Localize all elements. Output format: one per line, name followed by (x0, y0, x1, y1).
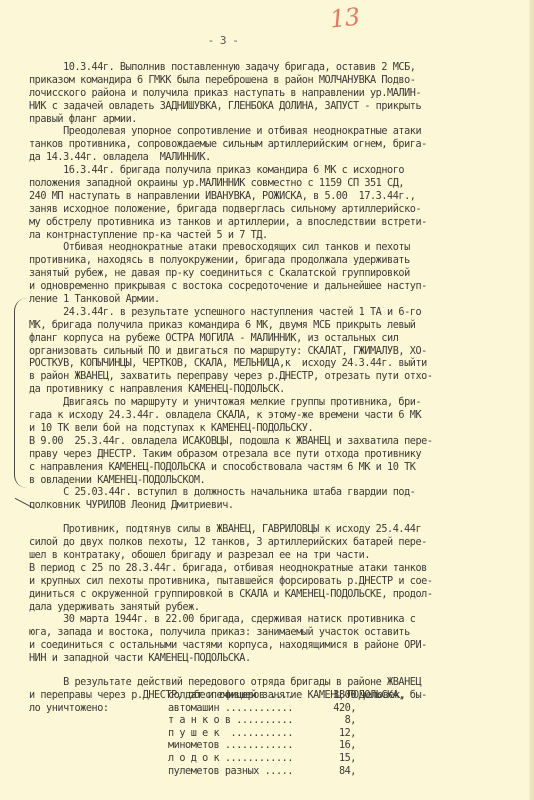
text-line: РОСТКУВ, КОПЫЧИНЦЫ, ЧЕРТКОВ, СКАЛА, МЕЛЬ… (29, 358, 519, 371)
text-line: заняв исходное положение, бригада подвер… (29, 204, 519, 217)
text-line: ла контрнаступление пр-ка частей 5 и 7 Т… (29, 230, 519, 243)
loss-unit (356, 766, 360, 779)
text-line: 16.3.44г. бригада получила приказ команд… (29, 165, 519, 178)
text-line: силой до двух полков пехоты, 12 танков, … (29, 537, 519, 550)
loss-value: 420, (318, 703, 356, 716)
text-line: В период с 25 по 28.3.44г. бригада, отби… (29, 563, 519, 576)
text-line: С 25.03.44г. вступил в должность начальн… (29, 487, 519, 500)
text-line: и крупных сил пехоты противника, пытавше… (29, 576, 519, 589)
text-line: положения западной окраины ур.МАЛИННИК с… (29, 178, 519, 191)
loss-item: автомашин ............ (168, 703, 318, 716)
loss-unit: человек, (356, 690, 405, 703)
text-line: организовать сильный ПО и двигаться по м… (29, 346, 519, 359)
text-line: лочисского района и получила приказ наст… (29, 88, 519, 101)
loss-row: п у ш е к ...........12, (168, 728, 468, 741)
text-line: диниться с окруженной группировкой в СКА… (29, 589, 519, 602)
document-page: 13 - 3 - 10.3.44г. Выполнив поставленную… (0, 0, 534, 800)
text-line: в район ЖВАНЕЦ, захватить переправу чере… (29, 371, 519, 384)
text-line: 240 МП наступать в направлении ИВАНУВКА,… (29, 191, 519, 204)
text-line: 24.3.44г. в результате успешного наступл… (29, 307, 519, 320)
loss-item: п у ш е к ........... (168, 728, 318, 741)
text-line: В 9.00 25.3.44г. овладела ИСАКОВЦЫ, подо… (29, 436, 519, 449)
loss-item: т а н к о в .......... (168, 715, 318, 728)
text-line: 10.3.44г. Выполнив поставленную задачу б… (29, 62, 519, 75)
loss-row: пулеметов разных .....84, (168, 766, 468, 779)
loss-row: минометов ............16, (168, 740, 468, 753)
loss-value: 84, (318, 766, 356, 779)
loss-unit (356, 753, 360, 766)
loss-unit (356, 740, 360, 753)
text-line: Противник, подтянув силы в ЖВАНЕЦ, ГАВРИ… (29, 524, 519, 537)
text-line: МК, бригада получила приказ командира 6 … (29, 320, 519, 333)
text-line: и соединиться с остальными частями корпу… (29, 640, 519, 653)
document-body: 10.3.44г. Выполнив поставленную задачу б… (29, 62, 519, 716)
text-line: НИК с задачей овладеть ЗАДНИШУВКА, ГЛЕНБ… (29, 101, 519, 114)
loss-unit (356, 728, 360, 741)
loss-value: 12, (318, 728, 356, 741)
loss-item: минометов ............ (168, 740, 318, 753)
page-edge (529, 0, 534, 800)
loss-item: л о д о к ............ (168, 753, 318, 766)
loss-value: 16, (318, 740, 356, 753)
text-line: занятый рубеж, не давая пр-ку соединитьс… (29, 268, 519, 281)
text-line: Отбивая неоднократные атаки превосходящи… (29, 242, 519, 255)
loss-item: солдат и офицеров .... (168, 690, 318, 703)
loss-row: автомашин ............420, (168, 703, 468, 716)
loss-value: 15, (318, 753, 356, 766)
text-line: противника, находясь в полуокружении, бр… (29, 255, 519, 268)
text-line: с направления КАМЕНЕЦ-ПОДОЛЬСКА и способ… (29, 462, 519, 475)
text-line: и 10 ТК вели бой на подступах к КАМЕНЕЦ-… (29, 423, 519, 436)
paragraph-gap (29, 513, 519, 524)
text-line: дала удерживать занятый рубеж. (29, 602, 519, 615)
text-line: В результате действий передового отряда … (29, 677, 519, 690)
loss-value: 3800 (318, 690, 356, 703)
text-line: Преодолевая упорное сопротивление и отби… (29, 126, 519, 139)
text-line: му обстрелу противника из танков и артил… (29, 217, 519, 230)
margin-bracket (14, 298, 27, 488)
text-line: ление 1 Танковой Армии. (29, 294, 519, 307)
text-line: приказом командира 6 ГМКК была переброше… (29, 75, 519, 88)
loss-row: солдат и офицеров ....3800человек, (168, 690, 468, 703)
loss-unit (356, 715, 360, 728)
loss-item: пулеметов разных ..... (168, 766, 318, 779)
loss-unit (356, 703, 360, 716)
page-number: - 3 - (203, 34, 243, 47)
text-line: гада к исходу 24.3.44г. овладела СКАЛА, … (29, 410, 519, 423)
text-line: праву через ДНЕСТР. Таким образом отреза… (29, 449, 519, 462)
text-line: правый фланг армии. (29, 114, 519, 127)
text-line: юга, запада и востока, получила приказ: … (29, 627, 519, 640)
text-line: танков противника, сопровождаемые сильны… (29, 139, 519, 152)
text-line: НИН и западной части КАМЕНЕЦ-ПОДОЛЬСКА. (29, 653, 519, 666)
text-line: Двигаясь по маршруту и уничтожая мелкие … (29, 397, 519, 410)
loss-value: 8, (318, 715, 356, 728)
text-line: фланг корпуса на рубеже ОСТРА МОГИЛА - М… (29, 333, 519, 346)
losses-list: солдат и офицеров ....3800человек,автома… (168, 690, 468, 778)
loss-row: л о д о к ............15, (168, 753, 468, 766)
text-line: 30 марта 1944г. в 22.00 бригада, сдержив… (29, 614, 519, 627)
text-line: полковник ЧУРИЛОВ Леонид Дмитриевич. (29, 500, 519, 513)
text-line: да 14.3.44г. овладела МАЛИННИК. (29, 152, 519, 165)
archive-page-number: 13 (329, 3, 361, 34)
text-line: шел в контратаку, обошел бригаду и разре… (29, 550, 519, 563)
text-line: да противнику с направления КАМЕНЕЦ-ПОДО… (29, 384, 519, 397)
text-line: и одновременно прикрывая с востока сосре… (29, 281, 519, 294)
paragraph-gap (29, 666, 519, 677)
loss-row: т а н к о в ..........8, (168, 715, 468, 728)
text-line: в овладении КАМЕНЕЦ-ПОДОЛЬСКОМ. (29, 475, 519, 488)
